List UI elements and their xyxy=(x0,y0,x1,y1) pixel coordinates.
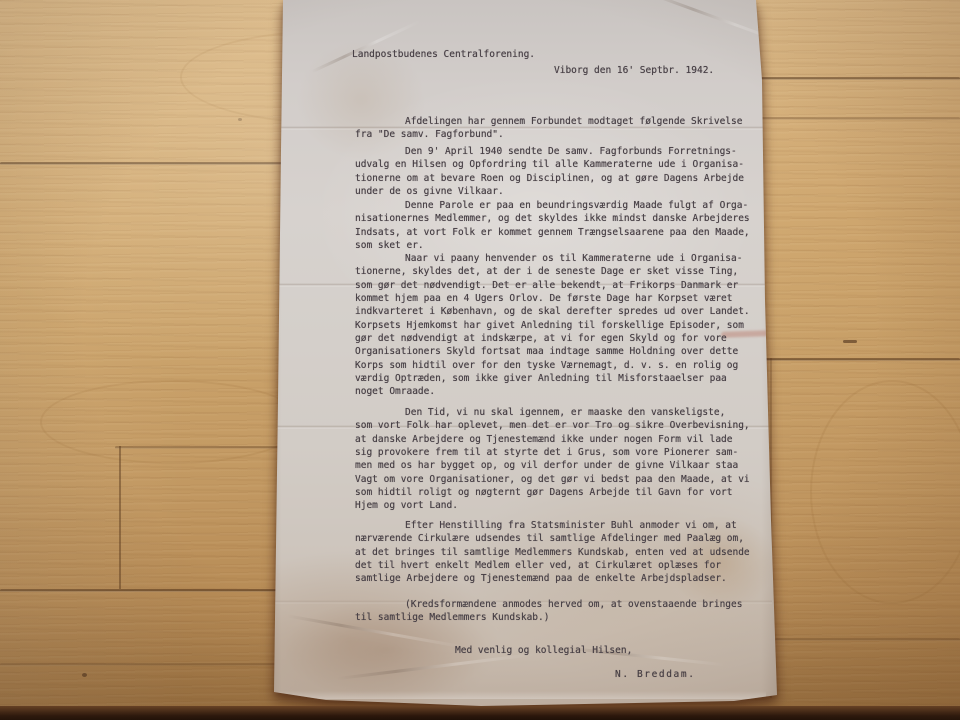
letter-line: under de os givne Vilkaar. xyxy=(355,185,744,198)
paper-wrinkle xyxy=(650,0,792,47)
wood-plank-seam xyxy=(762,358,960,361)
letter-line: Den 9' April 1940 sendte De samv. Fagfor… xyxy=(355,145,744,158)
letter-line: Vagt om vore Organisationer, og det gør … xyxy=(355,473,750,486)
letter-line: samtlige Arbejdere og Tjenestemænd paa d… xyxy=(355,572,750,585)
letter-line: gør det nødvendigt at indskærpe, at vi f… xyxy=(355,332,750,345)
letter-line: tionerne om at bevare Roen og Discipline… xyxy=(355,172,744,185)
letter-line: indkvarteret i København, og de skal der… xyxy=(355,305,750,318)
letter-line: fra "De samv. Fagforbund". xyxy=(355,128,742,141)
letter-line: Organisationers Skyld fortsat maa indtag… xyxy=(355,345,750,358)
letter-closing: Med venlig og kollegial Hilsen, xyxy=(455,644,632,657)
wood-plank-seam xyxy=(0,589,278,592)
letter-line: at danske Arbejdere og Tjenestemænd ikke… xyxy=(355,433,750,446)
wood-plank-seam xyxy=(756,117,960,120)
letter-line: udvalg en Hilsen og Opfordring til alle … xyxy=(355,158,744,171)
wood-grain-swirl xyxy=(810,380,960,604)
letter-line: Naar vi paany henvender os til Kammerate… xyxy=(355,252,750,265)
letter-sender: Landpostbudenes Centralforening. xyxy=(352,48,535,61)
letter-line: nisationernes Medlemmer, og det skyldes … xyxy=(355,212,750,225)
table-edge-shadow xyxy=(0,706,960,720)
wood-grain-swirl xyxy=(40,380,304,464)
wood-knot-speck xyxy=(843,340,857,343)
letter-dateline: Viborg den 16' Septbr. 1942. xyxy=(554,64,714,77)
wood-plank-joint xyxy=(119,446,121,589)
letter-paragraph: Afdelingen har gennem Forbundet modtaget… xyxy=(355,115,742,142)
letter-paragraph: Naar vi paany henvender os til Kammerate… xyxy=(355,252,750,399)
letter-line: noget Omraade. xyxy=(355,385,750,398)
letter-line: tionerne, skyldes det, at der i de senes… xyxy=(355,265,750,278)
letter-paper-shadow: Landpostbudenes Centralforening. Viborg … xyxy=(266,0,782,712)
letter-line: som gør det nødvendigt. Det er alle beke… xyxy=(355,279,750,292)
letter-line: men med os har bygget op, og vil derfor … xyxy=(355,459,750,472)
letter-paragraph: Denne Parole er paa en beundringsværdig … xyxy=(355,199,750,252)
letter-line: Afdelingen har gennem Forbundet modtaget… xyxy=(355,115,742,128)
letter-line: det til hvert enkelt Medlem eller ved, a… xyxy=(355,559,750,572)
paper-wrinkle xyxy=(311,20,421,73)
paper-edge-highlight xyxy=(276,691,766,699)
letter-paragraph: Efter Henstilling fra Statsminister Buhl… xyxy=(355,519,750,586)
letter-line: at det bringes til samtlige Medlemmers K… xyxy=(355,546,750,559)
letter-line: Korps som hidtil over for den tyske Værn… xyxy=(355,359,750,372)
letter-line: værdig Optræden, som ikke giver Anlednin… xyxy=(355,372,750,385)
wood-plank-seam xyxy=(775,638,960,641)
letter-line: Hjem og vort Land. xyxy=(355,499,750,512)
wood-plank-seam xyxy=(0,162,292,165)
letter-paragraph: Den Tid, vi nu skal igennem, er maaske d… xyxy=(355,406,750,513)
letter-line: Indsats, at vort Folk er kommet gennem T… xyxy=(355,226,750,239)
letter-line: Efter Henstilling fra Statsminister Buhl… xyxy=(355,519,750,532)
letter-line: til samtlige Medlemmers Kundskab.) xyxy=(355,611,742,624)
letter-line: som vort Folk har oplevet, men det er vo… xyxy=(355,419,750,432)
wood-knot-speck xyxy=(238,118,242,121)
wood-knot-speck xyxy=(82,673,87,677)
letter-paper: Landpostbudenes Centralforening. Viborg … xyxy=(266,0,782,712)
wood-plank-seam xyxy=(0,663,275,666)
letter-line: sig provokere frem til at styrte det i G… xyxy=(355,446,750,459)
letter-line: Korpsets Hjemkomst har givet Anledning t… xyxy=(355,319,750,332)
photo-of-letter-on-table: Landpostbudenes Centralforening. Viborg … xyxy=(0,0,960,720)
wood-plank-seam xyxy=(115,446,287,449)
letter-line: som sket er. xyxy=(355,239,750,252)
letter-line: nærværende Cirkulære udsendes til samtli… xyxy=(355,532,750,545)
letter-paragraph: Den 9' April 1940 sendte De samv. Fagfor… xyxy=(355,145,744,198)
letter-paragraph: (Kredsformændene anmodes herved om, at o… xyxy=(355,598,742,625)
letter-line: (Kredsformændene anmodes herved om, at o… xyxy=(355,598,742,611)
letter-line: Denne Parole er paa en beundringsværdig … xyxy=(355,199,750,212)
letter-signature: N. Breddam. xyxy=(615,668,696,681)
letter-line: Den Tid, vi nu skal igennem, er maaske d… xyxy=(355,406,750,419)
letter-line: som hidtil roligt og nøgternt gør Dagens… xyxy=(355,486,750,499)
letter-line: kommet hjem paa en 4 Ugers Orlov. De før… xyxy=(355,292,750,305)
